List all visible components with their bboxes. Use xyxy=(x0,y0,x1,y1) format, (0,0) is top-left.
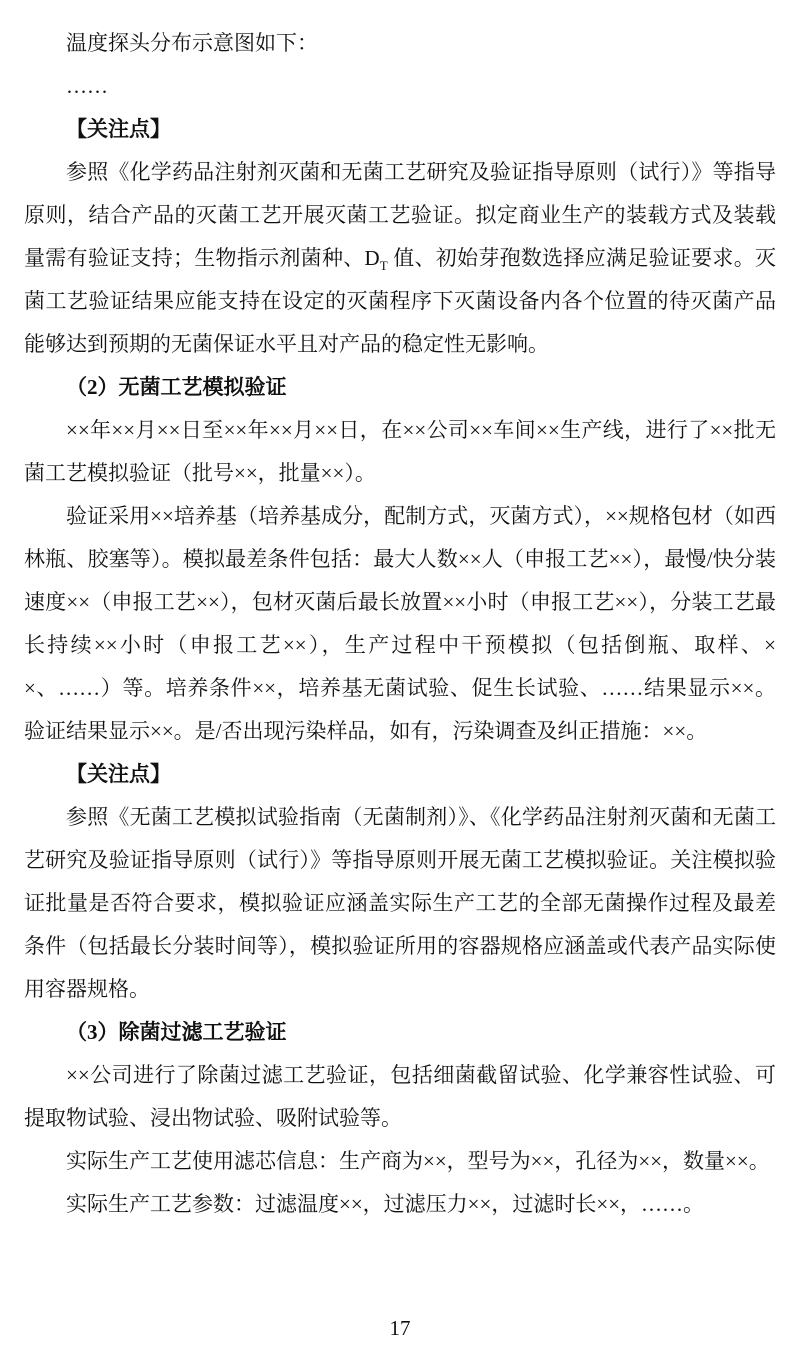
heading-concern-points-1: 【关注点】 xyxy=(24,108,776,151)
paragraph-simulation-guidance: 参照《无菌工艺模拟试验指南（无菌制剂）》、《化学药品注射剂灭菌和无菌工艺研究及验… xyxy=(24,796,776,1011)
heading-concern-points-2: 【关注点】 xyxy=(24,753,776,796)
paragraph-filtration-tests: ××公司进行了除菌过滤工艺验证，包括细菌截留试验、化学兼容性试验、可提取物试验、… xyxy=(24,1054,776,1140)
paragraph-temp-probe-caption: 温度探头分布示意图如下： xyxy=(24,22,776,65)
heading-section-2-aseptic-simulation: （2）无菌工艺模拟验证 xyxy=(24,366,776,409)
paragraph-sterilization-validation-guidance: 参照《化学药品注射剂灭菌和无菌工艺研究及验证指导原则（试行）》等指导原则，结合产… xyxy=(24,151,776,366)
paragraph-simulation-conditions: 验证采用××培养基（培养基成分，配制方式，灭菌方式），××规格包材（如西林瓶、胶… xyxy=(24,495,776,753)
paragraph-ellipsis: …… xyxy=(24,65,776,108)
page-number: 17 xyxy=(0,1314,800,1342)
document-page: 温度探头分布示意图如下： …… 【关注点】 参照《化学药品注射剂灭菌和无菌工艺研… xyxy=(0,0,800,1369)
paragraph-filter-cartridge-info: 实际生产工艺使用滤芯信息：生产商为××，型号为××，孔径为××，数量××。 xyxy=(24,1140,776,1183)
paragraph-filtration-parameters: 实际生产工艺参数：过滤温度××，过滤压力××，过滤时长××，……。 xyxy=(24,1183,776,1226)
subscript-t: T xyxy=(380,258,388,273)
heading-section-3-filtration-validation: （3）除菌过滤工艺验证 xyxy=(24,1011,776,1054)
paragraph-simulation-runs: ××年××月××日至××年××月××日，在××公司××车间××生产线，进行了××… xyxy=(24,409,776,495)
document-content: 温度探头分布示意图如下： …… 【关注点】 参照《化学药品注射剂灭菌和无菌工艺研… xyxy=(24,22,776,1226)
